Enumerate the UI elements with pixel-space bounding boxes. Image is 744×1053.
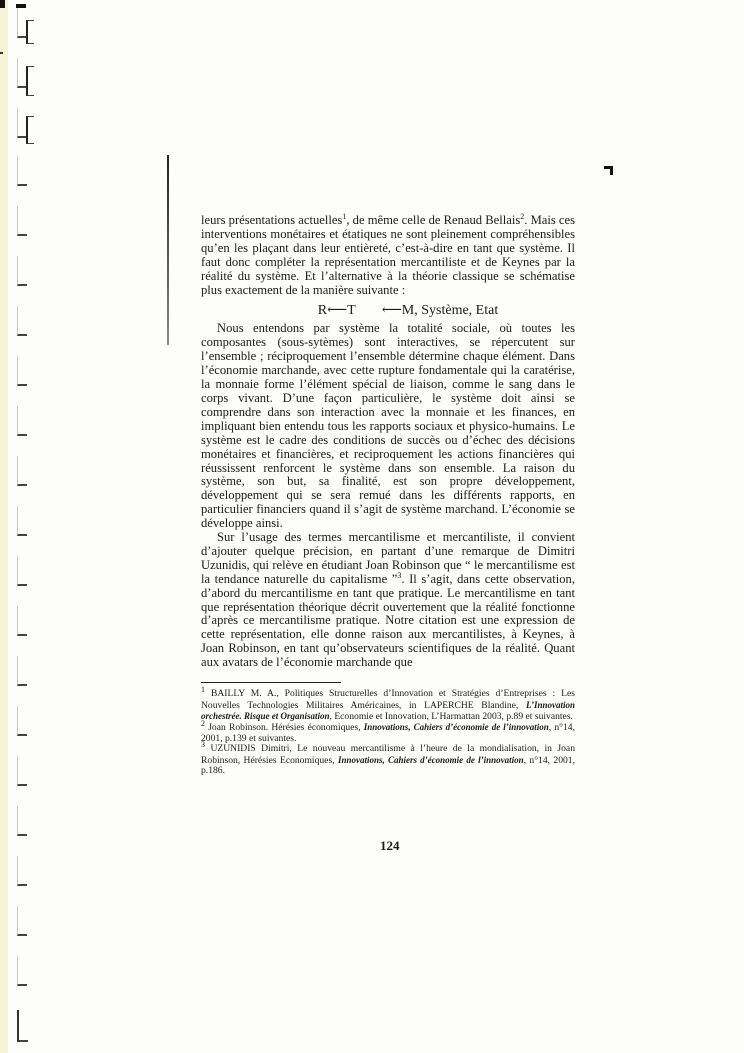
binding-ring xyxy=(17,856,27,886)
binding-ring xyxy=(17,706,27,736)
footnote-number: 3 xyxy=(201,740,205,749)
text-run: leurs présentations actuelles xyxy=(201,213,342,227)
schema-formula: R⟵T⟵M, Système, Etat xyxy=(201,303,575,319)
binding-ring xyxy=(17,606,27,636)
scan-mark xyxy=(0,52,3,54)
binding-ring xyxy=(17,406,27,436)
binding-bracket xyxy=(26,66,34,96)
footnote-rule xyxy=(201,682,341,683)
binding-ring xyxy=(17,256,27,286)
binding-ring xyxy=(17,656,27,686)
page-number: 124 xyxy=(380,838,400,854)
binding-ring xyxy=(17,306,27,336)
formula-left: R⟵T xyxy=(318,303,356,318)
text-run: , de même celle de Renaud Bellais xyxy=(346,213,520,227)
binding-ring xyxy=(17,906,27,936)
scan-edge-strip xyxy=(0,0,8,1053)
footnote-text: BAILLY M. A., Politiques Structurelles d… xyxy=(201,688,575,710)
page-body: leurs présentations actuelles1, de même … xyxy=(201,214,575,776)
footnote-text: , Economie et Innovation, L’Harmattan 20… xyxy=(330,711,573,722)
binding-bracket xyxy=(26,116,34,144)
text-run: . Il s’agit, dans cette observation, d’a… xyxy=(201,572,575,669)
scan-mark xyxy=(604,166,613,175)
margin-line xyxy=(167,155,169,345)
formula-right: ⟵M, Système, Etat xyxy=(382,303,499,318)
footnote: 1 BAILLY M. A., Politiques Structurelles… xyxy=(201,689,575,722)
footnote-title: Innovations, Cahiers d’économie de l’inn… xyxy=(338,755,524,765)
paragraph: leurs présentations actuelles1, de même … xyxy=(201,214,575,297)
scan-mark xyxy=(0,0,5,8)
binding-ring xyxy=(17,1010,28,1042)
footnote: 2 Joan Robinson. Hérésies économiques, I… xyxy=(201,722,575,744)
footnote-number: 1 xyxy=(201,685,205,694)
footnote-text: Joan Robinson. Hérésies économiques, xyxy=(208,722,364,733)
binding-ring xyxy=(17,506,27,536)
binding-ring xyxy=(17,956,27,986)
binding-ring xyxy=(17,756,27,786)
binding-ring xyxy=(17,156,27,186)
binding-ring xyxy=(17,556,27,586)
footnote-title: Innovations, Cahiers d’économie de l’inn… xyxy=(364,722,549,732)
binding-ring xyxy=(17,206,27,236)
binding-ring xyxy=(17,806,27,836)
footnote: 3 UZUNIDIS Dimitri, Le nouveau mercantil… xyxy=(201,744,575,776)
binding-ring xyxy=(17,356,27,386)
binding-bracket xyxy=(26,20,34,44)
binding-ring xyxy=(17,456,27,486)
footnote-number: 2 xyxy=(201,719,205,728)
paragraph: Nous entendons par système la totalité s… xyxy=(201,322,575,531)
paragraph: Sur l’usage des termes mercantilisme et … xyxy=(201,531,575,670)
